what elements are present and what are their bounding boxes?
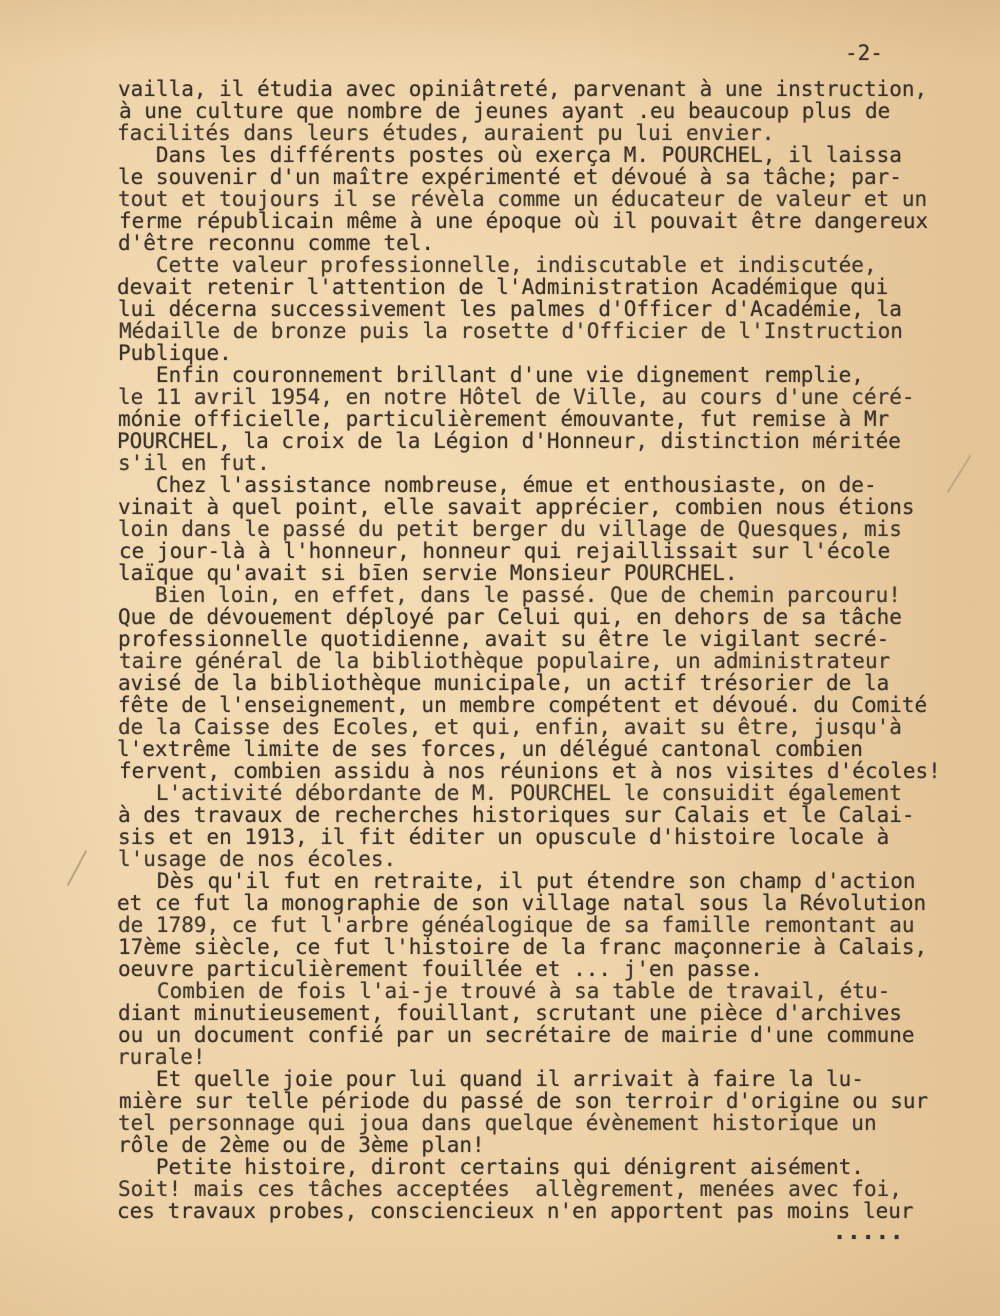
text-line: le souvenir d'un maître expérimenté et d… [118, 166, 940, 188]
document-body: vailla, il étudia avec opiniâtreté, parv… [118, 78, 940, 1222]
text-line: ces travaux probes, consciencieux n'en a… [117, 1200, 939, 1222]
pencil-mark-right [946, 455, 971, 493]
text-line: Dès qu'il fut en retraite, il put étendr… [119, 870, 941, 892]
text-line: Bien loin, en effet, dans le passé. Que … [117, 584, 939, 606]
page-number: -2- [845, 42, 883, 64]
pencil-mark-left [67, 850, 88, 886]
text-line: fervent, combien assidu à nos réunions e… [119, 760, 941, 782]
text-line: mónie officielle, particulièrement émouv… [118, 408, 940, 430]
text-line: tel personnage qui joua dans quelque évè… [118, 1112, 940, 1134]
text-line: rurale! [117, 1046, 939, 1068]
text-line: Et quelle joie pour lui quand il arrivai… [118, 1068, 940, 1090]
text-line: de 1789, ce fut l'arbre généalogique de … [118, 914, 940, 936]
text-line: Petite histoire, diront certains qui dén… [118, 1156, 940, 1178]
text-line: s'il en fut. [118, 452, 940, 474]
text-line: à des travaux de recherches historiques … [118, 804, 940, 826]
text-line: avisé de la bibliothèque municipale, un … [118, 672, 940, 694]
text-line: Publique. [118, 342, 940, 364]
text-line: Combien de fois l'ai-je trouvé à sa tabl… [119, 980, 941, 1002]
text-line: sis et en 1913, il fit éditer un opuscul… [118, 826, 940, 848]
text-line: rôle de 2ème ou de 3ème plan! [118, 1134, 940, 1156]
text-line: ferme républicain même à une époque où i… [119, 210, 941, 232]
text-line: vinait à quel point, elle savait appréci… [118, 496, 940, 518]
text-line: le 11 avril 1954, en notre Hôtel de Vill… [118, 386, 940, 408]
text-line: Chez l'assistance nombreuse, émue et ent… [118, 474, 940, 496]
text-line: mière sur telle période du passé de son … [119, 1090, 941, 1112]
text-line: taire général de la bibliothèque populai… [119, 650, 941, 672]
text-line: et ce fut la monographie de son village … [117, 892, 939, 914]
text-line: facilités dans leurs études, auraient pu… [117, 122, 939, 144]
text-line: Dans les différents postes où exerça M. … [118, 144, 940, 166]
text-line: fête de l'enseignement, un membre compét… [118, 694, 940, 716]
text-line: de la Caisse des Ecoles, et qui, enfin, … [118, 716, 940, 738]
text-line: vailla, il étudia avec opiniâtreté, parv… [118, 78, 940, 100]
text-line: Enfin couronnement brillant d'une vie di… [118, 364, 940, 386]
text-line: POURCHEL, la croix de la Légion d'Honneu… [117, 430, 939, 452]
typewritten-page: -2- vailla, il étudia avec opiniâtreté, … [0, 0, 1000, 1316]
text-line: L'activité débordante de M. POURCHEL le … [118, 782, 940, 804]
text-line: devait retenir l'attention de l'Administ… [117, 276, 939, 298]
text-line: Cette valeur professionnelle, indiscutab… [118, 254, 940, 276]
text-line: ce jour-là à l'honneur, honneur qui reja… [119, 540, 941, 562]
text-line: loin dans le passé du petit berger du vi… [118, 518, 940, 540]
text-line: l'usage de nos écoles. [118, 848, 940, 870]
text-line: lui décerna successivement les palmes d'… [118, 298, 940, 320]
text-line: 17ème siècle, ce fut l'histoire de la fr… [118, 936, 940, 958]
text-line: l'extrême limite de ses forces, un délég… [117, 738, 939, 760]
continuation-mark: ..... [833, 1220, 904, 1245]
text-line: Que de dévouement déployé par Celui qui,… [118, 606, 940, 628]
text-line: à une culture que nombre de jeunes ayant… [119, 100, 941, 122]
text-line: diant minutieusement, fouillant, scrutan… [118, 1002, 940, 1024]
text-line: ou un document confié par un secrétaire … [118, 1024, 940, 1046]
text-line: professionnelle quotidienne, avait su êt… [118, 628, 940, 650]
text-line: oeuvre particulièrement fouillée et ... … [118, 958, 940, 980]
text-line: Soit! mais ces tâches acceptées allègrem… [118, 1178, 940, 1200]
text-line: d'être reconnu comme tel. [118, 232, 940, 254]
text-line: Médaille de bronze puis la rosette d'Off… [119, 320, 941, 342]
text-line: tout et toujours il se révèla comme un é… [118, 188, 940, 210]
text-line: laïque qu'avait si bīen servie Monsieur … [118, 562, 940, 584]
